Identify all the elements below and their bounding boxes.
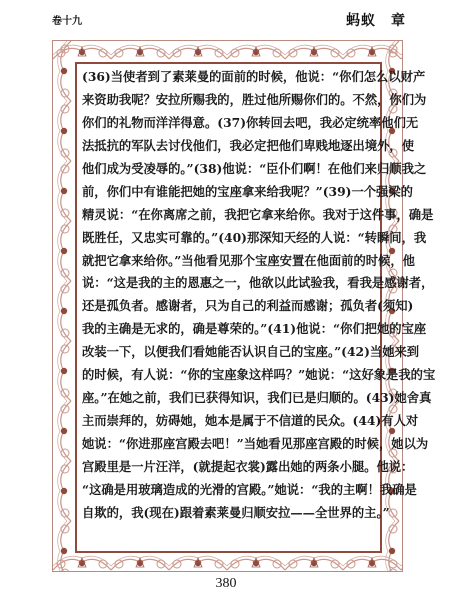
running-head-volume: 卷十九 [52, 12, 82, 27]
ornament-band-left-icon [53, 41, 75, 571]
text-line: 就把它拿来给你。”当他看见那个宝座安置在他面前的时候，他 [82, 250, 378, 273]
text-line: 他们成为受凌辱的。”(38)他说：“臣仆们啊！在他们来归顺我之 [82, 158, 378, 181]
text-line: 法抵抗的军队去讨伐他们，我必定把他们卑贱地逐出境外，使 [82, 135, 378, 158]
ornament-band-bottom-icon [53, 552, 402, 571]
text-line: 前，你们中有谁能把她的宝座拿来给我呢？”(39)一个强梁的 [82, 181, 378, 204]
text-line: 座。”在她之前，我们已获得知识，我们已是归顺的。(43)她舍真 [82, 387, 378, 410]
ornament-band-top-icon [53, 41, 402, 62]
text-line: 说：“这是我的主的恩惠之一，他欲以此试验我，看我是感谢者， [82, 272, 378, 295]
text-line: 我的主确是无求的，确是尊荣的。”(41)他说：“你们把她的宝座 [82, 318, 378, 341]
text-line: 她说：“你进那座宫殿去吧！”当她看见那座宫殿的时候，她以为 [82, 433, 378, 456]
text-line: 既胜任，又忠实可靠的。”(40)那深知天经的人说：“转瞬间，我 [82, 227, 378, 250]
text-line: “这确是用玻璃造成的光滑的宫殿。”她说：“我的主啊！我确是 [82, 479, 378, 502]
text-line: 宫殿里是一片汪洋，(就提起衣裳)露出她的两条小腿。他说： [82, 456, 378, 479]
text-line: 主而崇拜的，妨碍她，她本是属于不信道的民众。(44)有人对 [82, 410, 378, 433]
text-line: 改装一下，以便我们看她能否认识自己的宝座。”(42)当她来到 [82, 341, 378, 364]
scripture-text-body: (36)当使者到了素莱曼的面前的时候，他说：“你们怎么以财产 来资助我呢？安拉所… [82, 66, 378, 525]
text-line: 还是孤负者。感谢者，只为自己的利益而感谢；孤负者(须知) [82, 295, 378, 318]
text-line: 精灵说：“在你离席之前，我把它拿来给你。我对于这件事，确是 [82, 204, 378, 227]
text-line: 的时候，有人说：“你的宝座象这样吗？”她说：“这好象是我的宝 [82, 364, 378, 387]
text-line: 来资助我呢？安拉所赐我的，胜过他所赐你们的。不然，你们为 [82, 89, 378, 112]
running-head-chapter: 蚂蚁 章 [346, 10, 406, 30]
text-line: 自欺的，我(现在)跟着素莱曼归顺安拉——全世界的主。” [82, 502, 378, 525]
text-line: (36)当使者到了素莱曼的面前的时候，他说：“你们怎么以财产 [82, 66, 378, 89]
page-number: 380 [0, 576, 452, 592]
text-line: 你们的礼物而洋洋得意。(37)你转回去吧，我必定统率他们无 [82, 112, 378, 135]
